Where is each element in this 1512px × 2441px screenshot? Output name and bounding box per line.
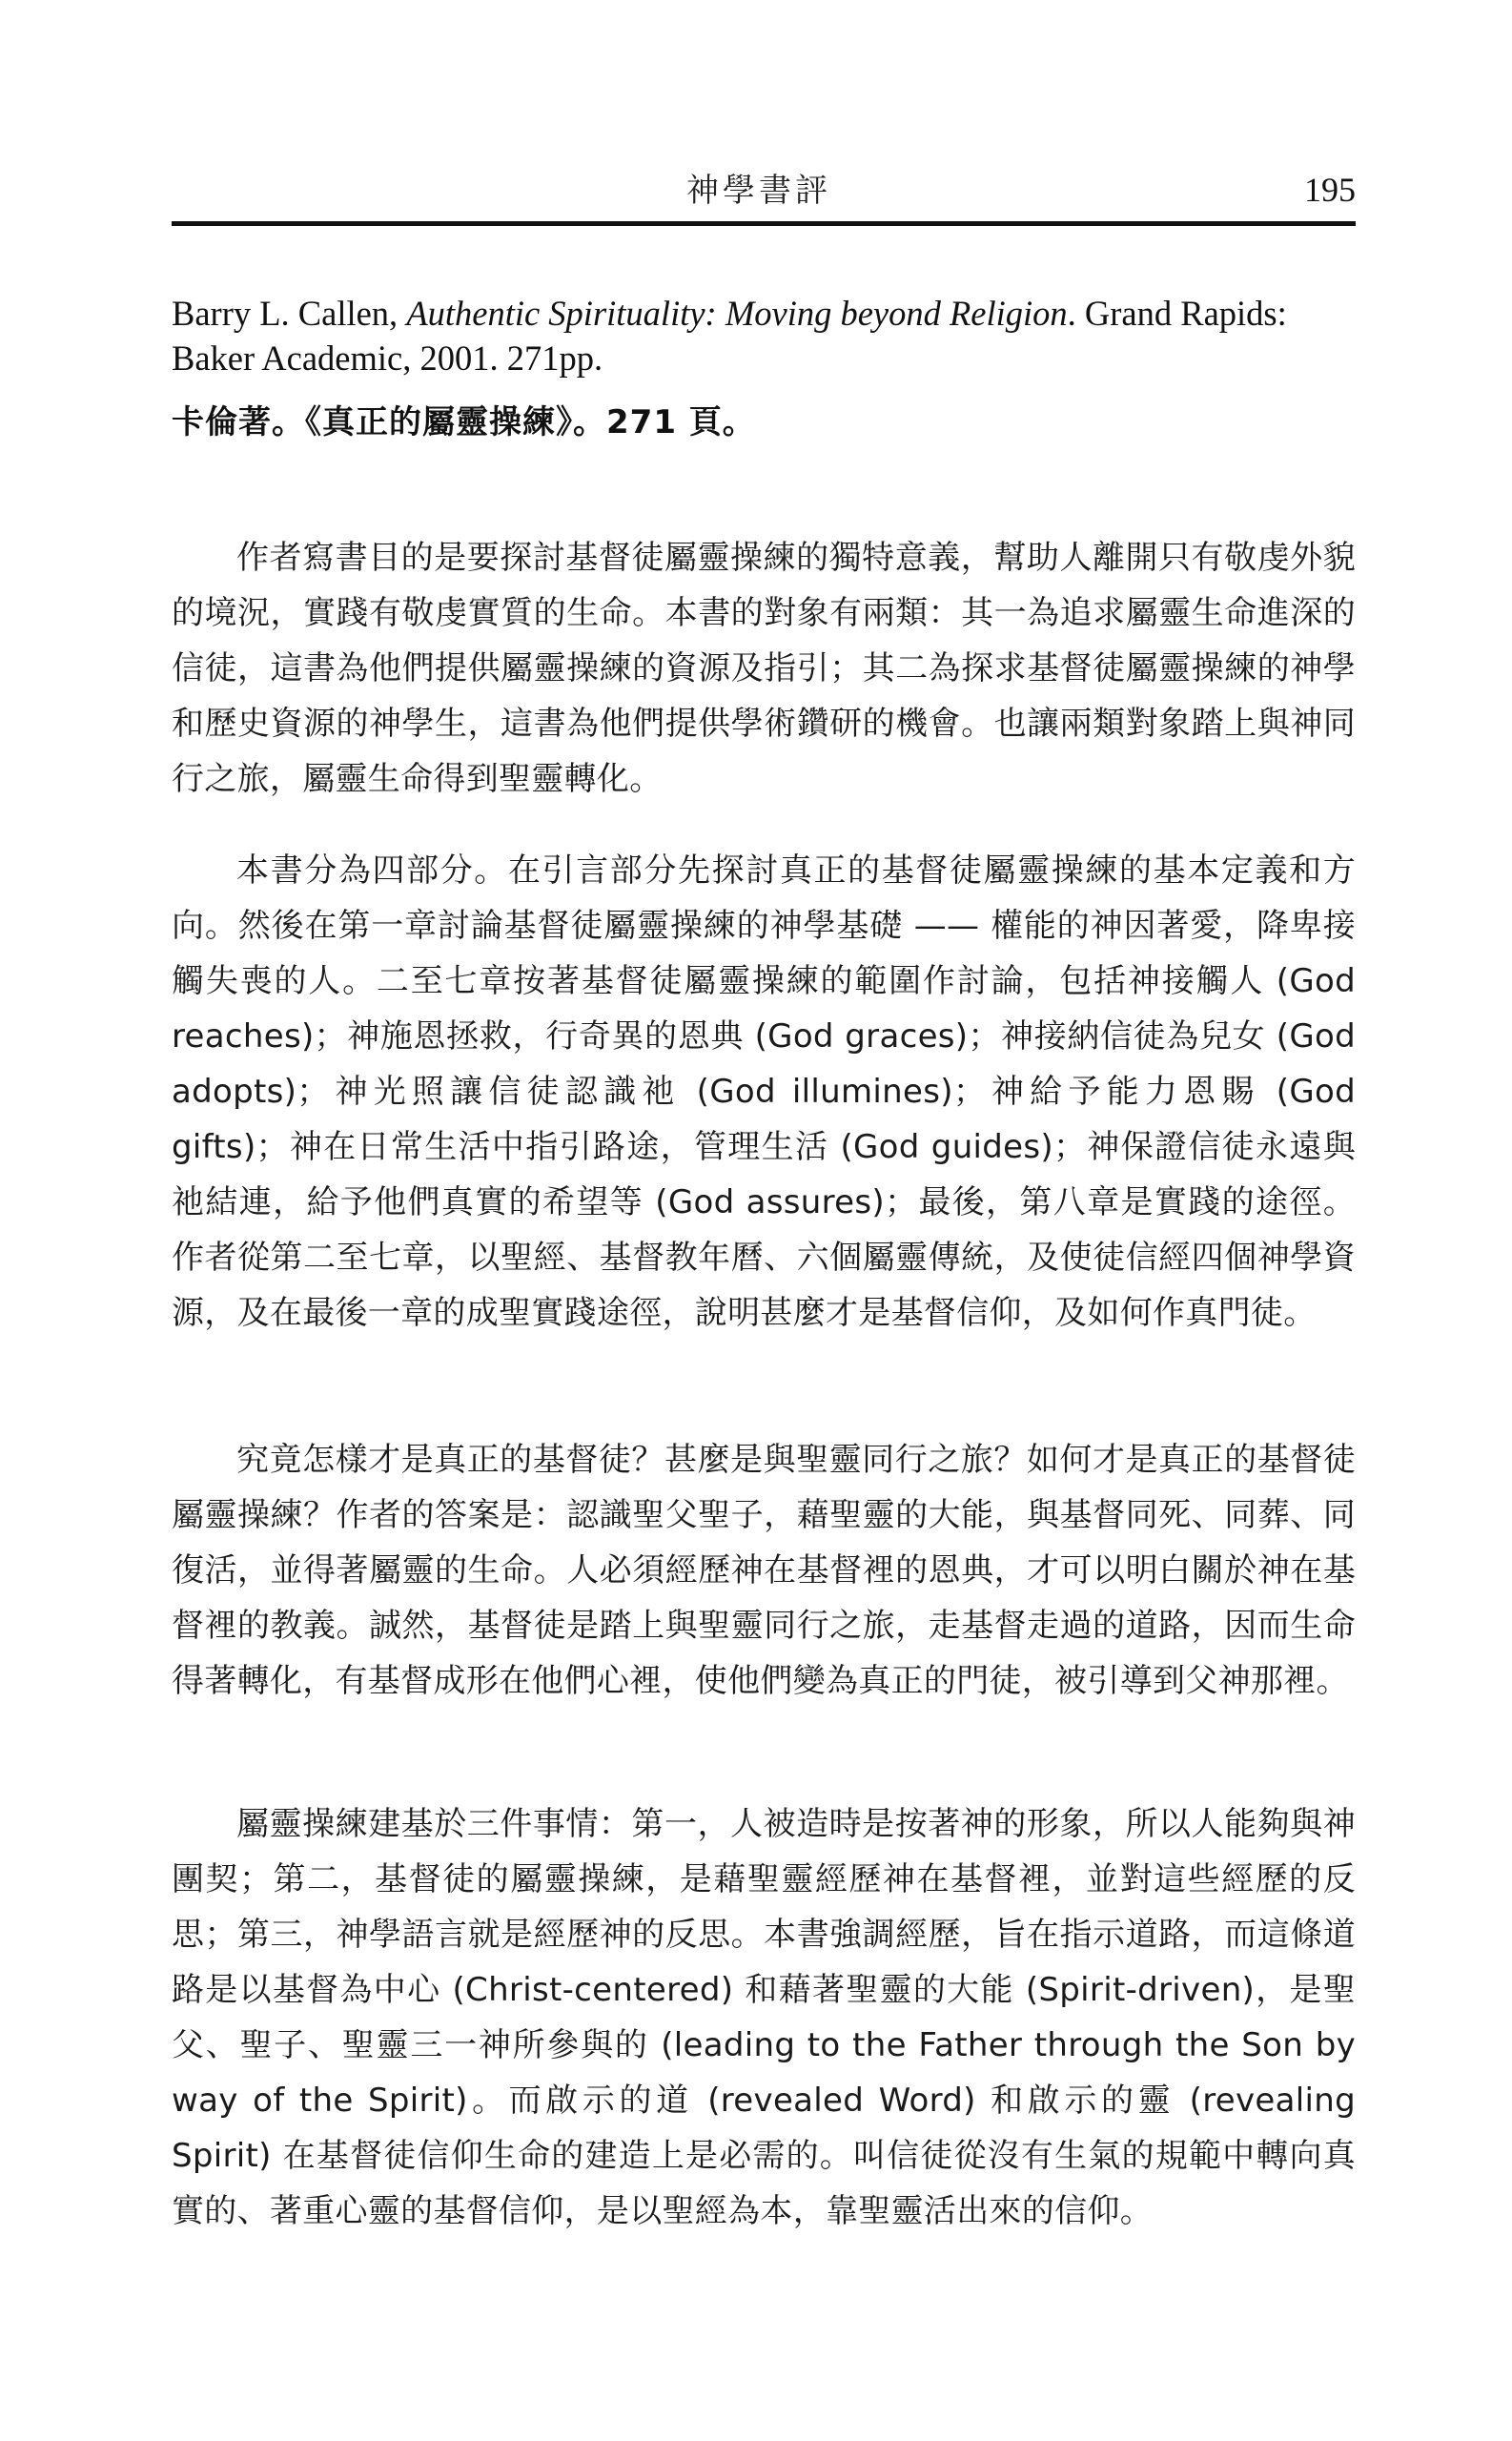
running-title: 神學書評 xyxy=(686,164,831,211)
citation-chinese: 卡倫著。《真正的屬靈操練》。271 頁。 xyxy=(172,396,756,442)
citation-book-title: Authentic Spirituality: Moving beyond Re… xyxy=(406,294,1067,333)
paragraph-text: 作者寫書目的是要探討基督徒屬靈操練的獨特意義，幫助人離開只有敬虔外貌的境況，實踐… xyxy=(172,530,1356,807)
page-number: 195 xyxy=(1304,170,1356,210)
paragraph-text: 屬靈操練建基於三件事情：第一，人被造時是按著神的形象，所以人能夠與神團契；第二，… xyxy=(172,1796,1356,2239)
paragraph-text: 本書分為四部分。在引言部分先探討真正的基督徒屬靈操練的基本定義和方向。然後在第一… xyxy=(172,843,1356,1341)
paragraph-text: 究竟怎樣才是真正的基督徒？甚麼是與聖靈同行之旅？如何才是真正的基督徒屬靈操練？作… xyxy=(172,1432,1356,1709)
header-rule xyxy=(172,221,1356,226)
citation-author: Barry L. Callen, xyxy=(172,294,406,333)
review-paragraph-3: 究竟怎樣才是真正的基督徒？甚麼是與聖靈同行之旅？如何才是真正的基督徒屬靈操練？作… xyxy=(172,1432,1356,1709)
book-citation: Barry L. Callen, Authentic Spirituality:… xyxy=(172,291,1356,380)
review-paragraph-2: 本書分為四部分。在引言部分先探討真正的基督徒屬靈操練的基本定義和方向。然後在第一… xyxy=(172,843,1356,1341)
running-head: 神學書評 195 xyxy=(172,160,1356,217)
review-paragraph-1: 作者寫書目的是要探討基督徒屬靈操練的獨特意義，幫助人離開只有敬虔外貌的境況，實踐… xyxy=(172,530,1356,807)
review-paragraph-4: 屬靈操練建基於三件事情：第一，人被造時是按著神的形象，所以人能夠與神團契；第二，… xyxy=(172,1796,1356,2239)
